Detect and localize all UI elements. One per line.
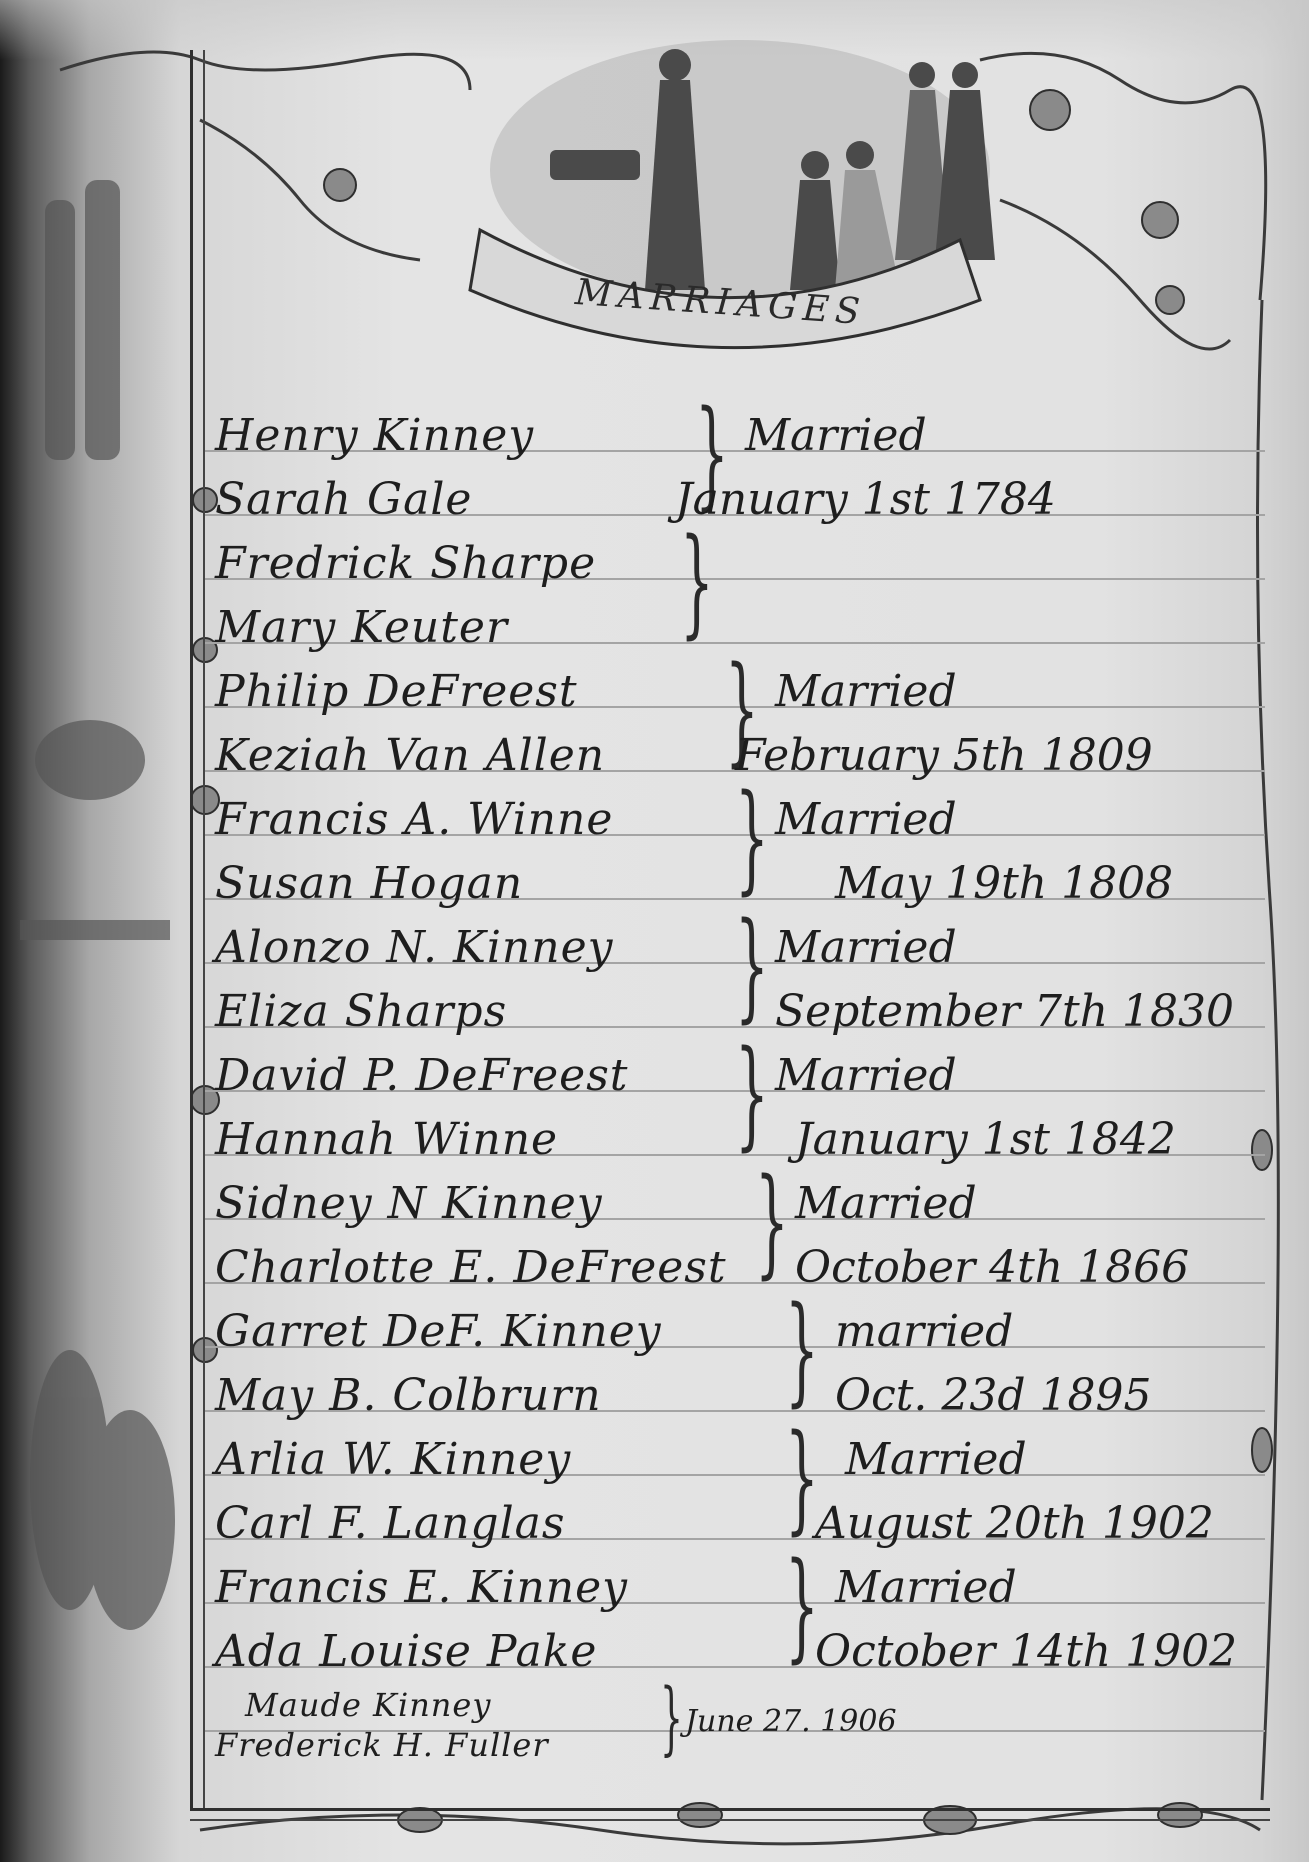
marriage-date: October 14th 1902 [815, 1626, 1237, 1677]
brace-icon: } [755, 1162, 789, 1280]
spouse-name: Garret DeF. Kinney [215, 1306, 662, 1357]
spouse-name: Charlotte E. DeFreest [215, 1242, 727, 1293]
marriage-status: Married [775, 922, 957, 973]
marriage-date: June 27. 1906 [685, 1704, 897, 1739]
marriage-status: Married [835, 1562, 1017, 1613]
spouse-name: Eliza Sharps [215, 986, 507, 1037]
spouse-name: Arlia W. Kinney [215, 1434, 571, 1485]
brace-icon: } [785, 1290, 819, 1408]
spouse-name: Henry Kinney [215, 410, 534, 461]
brace-icon: } [735, 778, 769, 896]
brace-icon: } [785, 1418, 819, 1536]
spouse-name: Keziah Van Allen [215, 730, 605, 781]
spouse-name: Hannah Winne [215, 1114, 558, 1165]
marriage-date: October 4th 1866 [795, 1242, 1189, 1293]
spouse-name: Francis E. Kinney [215, 1562, 628, 1613]
spouse-name: Mary Keuter [215, 602, 508, 653]
spouse-name: Francis A. Winne [215, 794, 613, 845]
spouse-name: May B. Colbrurn [215, 1370, 602, 1421]
spouse-name: Susan Hogan [215, 858, 523, 909]
spouse-name: Carl F. Langlas [215, 1498, 565, 1549]
marriage-date: August 20th 1902 [815, 1498, 1214, 1549]
spouse-name: Ada Louise Pake [215, 1626, 597, 1677]
late-marriage-entry: Maude Kinney Frederick H. Fuller } June … [215, 1686, 1265, 1816]
marriage-entry: Henry Kinney Sarah Gale } Married Januar… [215, 410, 1265, 540]
page-title: MARRIAGES [573, 272, 866, 333]
marriage-register-page: MARRIAGES Henry Kinney Sarah Gale } Marr… [0, 0, 1309, 1862]
brace-icon: } [660, 1678, 683, 1758]
marriage-date: September 7th 1830 [775, 986, 1234, 1037]
marriage-entry: Garret DeF. Kinney May B. Colbrurn } mar… [215, 1306, 1265, 1436]
spouse-name: Philip DeFreest [215, 666, 578, 717]
marriage-status: Married [845, 1434, 1027, 1485]
marriage-date: January 1st 1784 [675, 474, 1056, 525]
brace-icon: } [680, 522, 714, 640]
spouse-name: Frederick H. Fuller [215, 1726, 549, 1764]
marriage-status: Married [775, 794, 957, 845]
spouse-name: Alonzo N. Kinney [215, 922, 614, 973]
marriage-date: January 1st 1842 [795, 1114, 1176, 1165]
marriage-date: Oct. 23d 1895 [835, 1370, 1152, 1421]
spouse-name: Sarah Gale [215, 474, 472, 525]
marriage-date: February 5th 1809 [735, 730, 1153, 781]
spouse-name: David P. DeFreest [215, 1050, 628, 1101]
marriage-entry: Francis E. Kinney Ada Louise Pake } Marr… [215, 1562, 1265, 1692]
spouse-name: Sidney N Kinney [215, 1178, 603, 1229]
marriage-status: married [835, 1306, 1013, 1357]
marriage-status: Married [775, 666, 957, 717]
brace-icon: } [785, 1546, 819, 1664]
spouse-name: Maude Kinney [245, 1686, 491, 1724]
page-title-banner: MARRIAGES [520, 270, 920, 350]
marriage-entry: David P. DeFreest Hannah Winne } Married… [215, 1050, 1265, 1180]
brace-icon: } [735, 906, 769, 1024]
marriage-status: Married [795, 1178, 977, 1229]
marriage-date: May 19th 1808 [835, 858, 1173, 909]
marriage-status: Married [775, 1050, 957, 1101]
marriage-entry: Arlia W. Kinney Carl F. Langlas } Marrie… [215, 1434, 1265, 1564]
marriage-entry: Sidney N Kinney Charlotte E. DeFreest } … [215, 1178, 1265, 1308]
brace-icon: } [735, 1034, 769, 1152]
marriage-status: Married [745, 410, 927, 461]
spouse-name: Fredrick Sharpe [215, 538, 596, 589]
